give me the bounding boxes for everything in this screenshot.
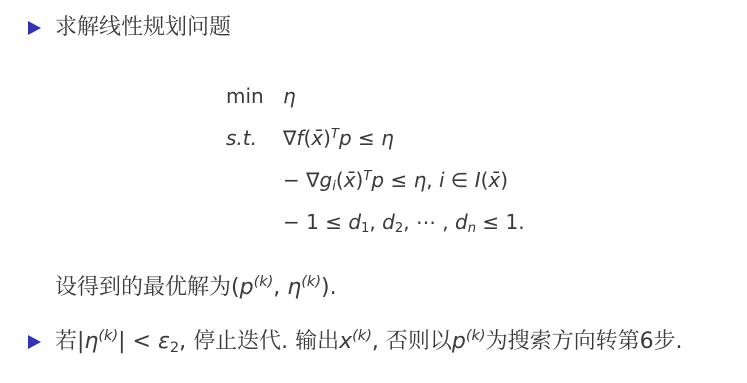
lp-formula-block: minη s.t.∇f(x̄)Tp ≤ η − ∇gi(x̄)Tp ≤ η, i… (226, 75, 525, 243)
slide: 求解线性规划问题 minη s.t.∇f(x̄)Tp ≤ η − ∇gi(x̄)… (0, 0, 747, 383)
formula-expr-objective: η (283, 84, 296, 108)
bullet-item-label: 求解线性规划问题 (55, 12, 231, 44)
formula-op-min: min (226, 75, 283, 117)
formula-expr-constraint-1: ∇f(x̄)Tp ≤ η (283, 126, 394, 150)
bullet-triangle-icon (28, 21, 41, 35)
formula-expr-constraint-3: − 1 ≤ d1, d2, ⋯ , dn ≤ 1. (283, 210, 525, 234)
optimal-solution-note: 设得到的最优解为(p(k), η(k)). (55, 272, 337, 304)
bullet-item-stopping-criterion: 若|η(k)| < ε2, 停止迭代. 输出x(k), 否则以p(k)为搜索方向… (28, 326, 683, 358)
bullet-item-solve-lp: 求解线性规划问题 (28, 12, 231, 44)
formula-expr-constraint-2: − ∇gi(x̄)Tp ≤ η, i ∈ I(x̄) (283, 168, 508, 192)
formula-row-constraint-2: − ∇gi(x̄)Tp ≤ η, i ∈ I(x̄) (226, 159, 525, 201)
bullet-triangle-icon (28, 335, 41, 349)
bullet-item-label: 若|η(k)| < ε2, 停止迭代. 输出x(k), 否则以p(k)为搜索方向… (55, 326, 683, 358)
formula-op-st: s.t. (226, 117, 283, 159)
formula-row-constraint-1: s.t.∇f(x̄)Tp ≤ η (226, 117, 525, 159)
formula-row-constraint-3: − 1 ≤ d1, d2, ⋯ , dn ≤ 1. (226, 201, 525, 243)
formula-row-objective: minη (226, 75, 525, 117)
